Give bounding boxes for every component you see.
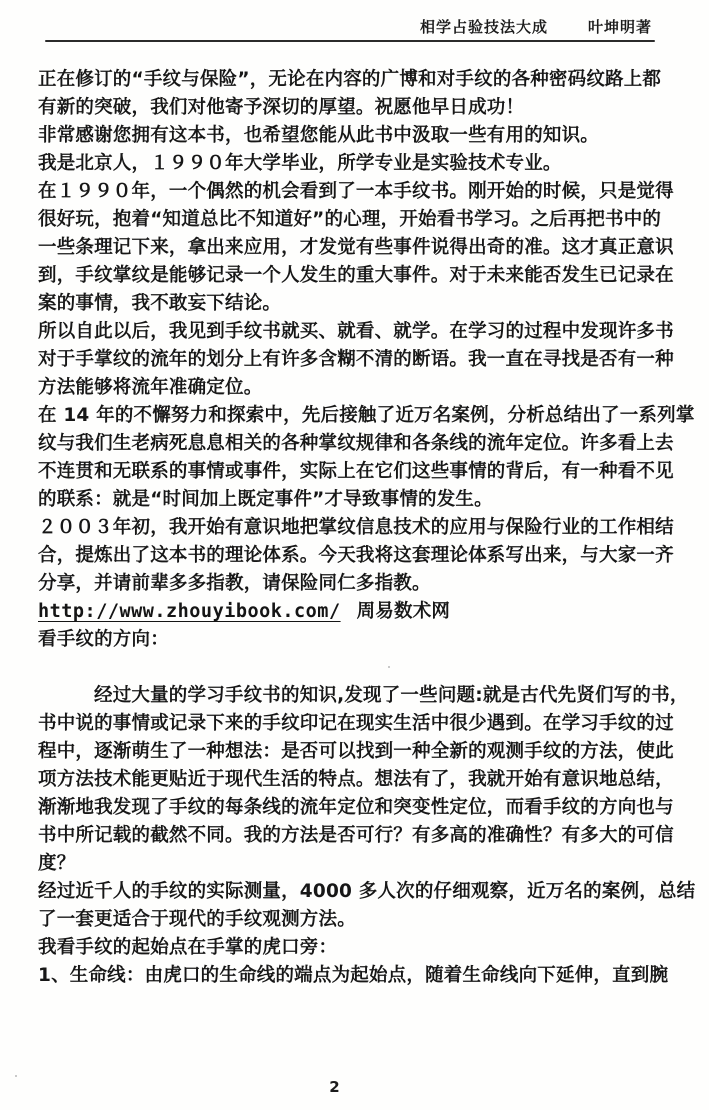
website-url-link[interactable]: http://www.zhouyibook.com/ [38,601,341,622]
scan-speckle [388,666,390,668]
scanned-book-page: 相学占验技法大成叶坤明著 正在修订的“手纹与保险”，无论在内容的广博和对手纹的各… [0,0,709,1110]
text-line: 度？ [38,850,678,878]
text-line: 对于手掌纹的流年的划分上有许多含糊不清的断语。我一直在寻找是否有一种 [38,346,678,374]
text-line: 方法能够将流年准确定位。 [38,374,678,402]
text-line: 在 14 年的不懈努力和探索中，先后接触了近万名案例，分析总结出了一系列掌 [38,402,678,430]
text-line: 非常感谢您拥有这本书，也希望您能从此书中汲取一些有用的知识。 [38,122,678,150]
text-line: 1、生命线：由虎口的生命线的端点为起始点，随着生命线向下延伸，直到腕 [38,962,678,990]
text-line: 渐渐地我发现了手纹的每条线的流年定位和突变性定位，而看手纹的方向也与 [38,794,678,822]
page-number: 2 [0,1078,669,1096]
text-line: 书中所记载的截然不同。我的方法是否可行？有多高的准确性？有多大的可信 [38,822,678,850]
text-line: 项方法技术能更贴近于现代生活的特点。想法有了，我就开始有意识地总结， [38,766,678,794]
header-divider [45,40,655,42]
text-line: 纹与我们生老病死息息相关的各种掌纹规律和各条线的流年定位。许多看上去 [38,430,678,458]
text-line: 分享，并请前辈多多指教，请保险同仁多指教。 [38,570,678,598]
text-line: 经过近千人的手纹的实际测量，4000 多人次的仔细观察，近万名的案例，总结 [38,878,678,906]
text-line: 所以自此以后，我见到手纹书就买、就看、就学。在学习的过程中发现许多书 [38,318,678,346]
text-line: 不连贯和无联系的事情或事件，实际上在它们这些事情的背后，有一种看不见 [38,458,678,486]
text-line: 我看手纹的起始点在手掌的虎口旁： [38,934,678,962]
text-line: 经过大量的学习手纹书的知识,发现了一些问题:就是古代先贤们写的书， [38,682,678,710]
running-header: 相学占验技法大成叶坤明著 [420,16,652,37]
text-line: 有新的突破，我们对他寄予深切的厚望。祝愿他早日成功！ [38,94,678,122]
text-line: 书中说的事情或记录下来的手纹印记在现实生活中很少遇到。在学习手纹的过 [38,710,678,738]
body-text: 正在修订的“手纹与保险”，无论在内容的广博和对手纹的各种密码纹路上都有新的突破，… [38,66,678,990]
book-title: 相学占验技法大成 [420,18,548,36]
website-line: http://www.zhouyibook.com/周易数术网 [38,598,678,626]
scan-speckle [15,1075,17,1077]
text-line: 我是北京人，１９９０年大学毕业，所学专业是实验技术专业。 [38,150,678,178]
text-line: 很好玩，抱着“知道总比不知道好”的心理，开始看书学习。之后再把书中的 [38,206,678,234]
scan-speckle [614,243,616,245]
author-name: 叶坤明著 [588,18,652,36]
text-line: 一些条理记下来，拿出来应用，才发觉有些事件说得出奇的准。这才真正意识 [38,234,678,262]
text-line: 到，手纹掌纹是能够记录一个人发生的重大事件。对于未来能否发生已记录在 [38,262,678,290]
text-line: 在１９９０年，一个偶然的机会看到了一本手纹书。刚开始的时候，只是觉得 [38,178,678,206]
text-line: 合，提炼出了这本书的理论体系。今天我将这套理论体系写出来，与大家一齐 [38,542,678,570]
text-line: 了一套更适合于现代的手纹观测方法。 [38,906,678,934]
text-line: ２００３年初，我开始有意识地把掌纹信息技术的应用与保险行业的工作相结 [38,514,678,542]
text-line: 正在修订的“手纹与保险”，无论在内容的广博和对手纹的各种密码纹路上都 [38,66,678,94]
website-name: 周易数术网 [357,601,451,622]
text-line: 的联系：就是“时间加上既定事件”才导致事情的发生。 [38,486,678,514]
text-line: 案的事情，我不敢妄下结论。 [38,290,678,318]
text-line: 程中，逐渐萌生了一种想法：是否可以找到一种全新的观测手纹的方法，使此 [38,738,678,766]
text-line: 看手纹的方向： [38,626,678,654]
